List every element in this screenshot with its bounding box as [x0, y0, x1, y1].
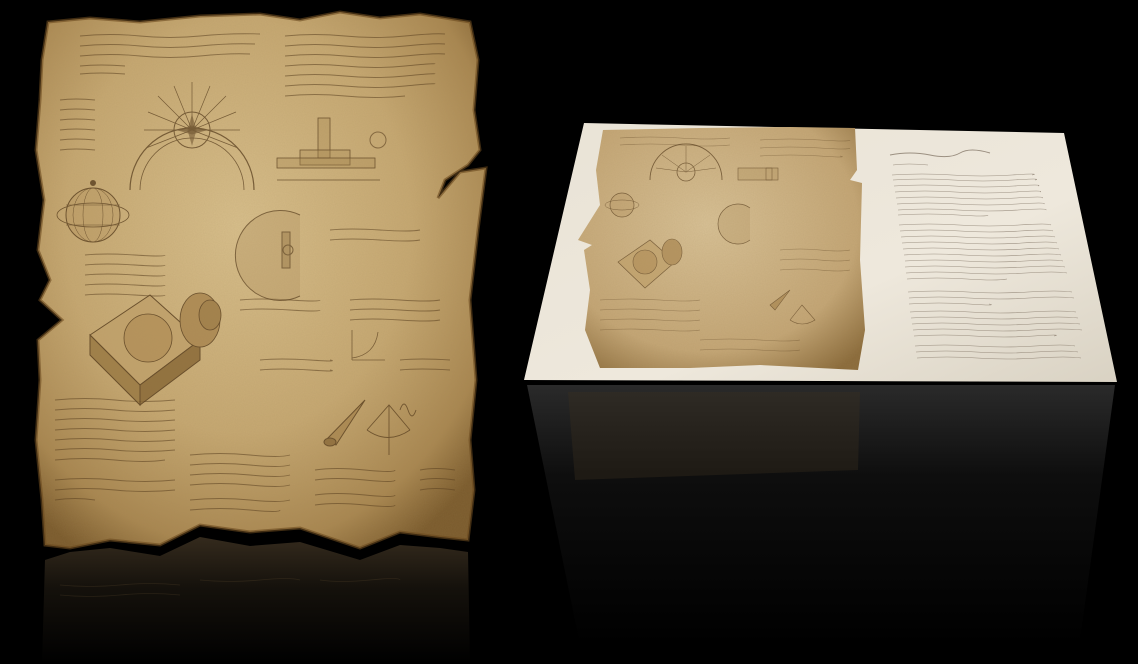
left-reflection — [42, 537, 470, 664]
left-parchment — [36, 12, 486, 548]
right-reflection — [527, 385, 1115, 645]
scene-svg — [0, 0, 1138, 664]
photo-stage: Two aged parchment prints with handwritt… — [0, 0, 1138, 664]
right-print — [524, 123, 1117, 382]
